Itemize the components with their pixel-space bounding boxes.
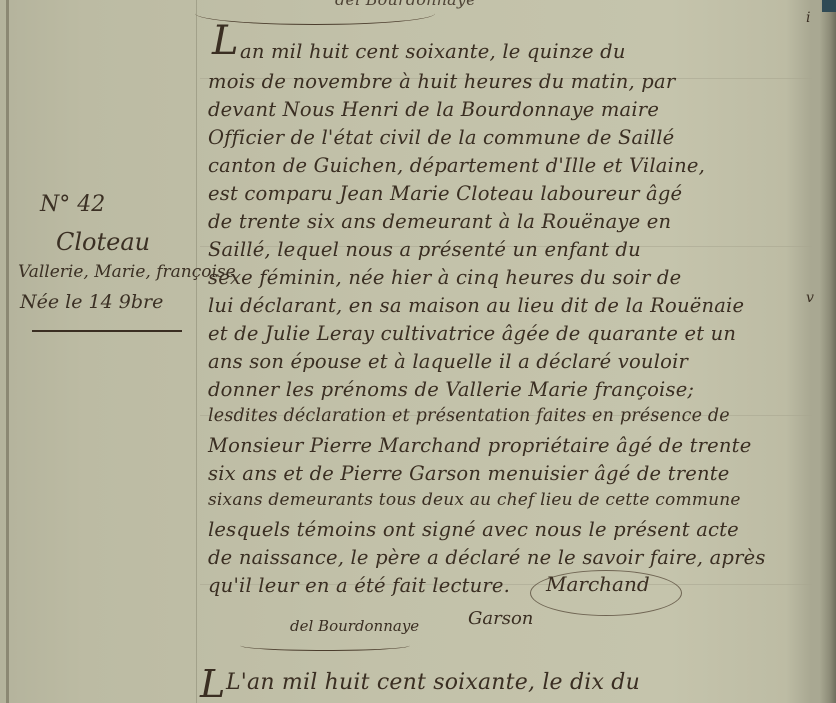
body-line: qu'il leur en a été fait lecture. <box>208 574 510 597</box>
signature-flourish <box>240 640 410 651</box>
body-line: de trente six ans demeurant à la Rouënay… <box>208 210 671 233</box>
body-line: Officier de l'état civil de la commune d… <box>208 126 674 149</box>
margin-birth-note: Née le 14 9bre <box>20 291 163 313</box>
next-entry-initial: L <box>200 662 225 703</box>
margin-underline <box>32 330 182 332</box>
previous-signature-fragment: del Bourdonnaye <box>335 0 476 9</box>
binding-line <box>6 0 9 703</box>
body-line: canton de Guichen, département d'Ille et… <box>208 154 705 177</box>
body-line: et de Julie Leray cultivatrice âgée de q… <box>208 322 736 345</box>
body-line: lesdites déclaration et présentation fai… <box>208 406 730 426</box>
initial-letter: L <box>212 18 239 64</box>
margin-rule <box>196 0 197 703</box>
entry-number: N° 42 <box>40 192 105 217</box>
body-line: de naissance, le père a déclaré ne le sa… <box>208 546 766 569</box>
margin-given-names: Vallerie, Marie, françoise <box>18 262 236 282</box>
signature-mayor: del Bourdonnaye <box>290 617 419 635</box>
margin-surname: Cloteau <box>56 228 150 256</box>
edge-mark: i <box>806 10 811 26</box>
body-line: lui déclarant, en sa maison au lieu dit … <box>208 294 744 317</box>
body-line: an mil huit cent soixante, le quinze du <box>240 40 626 63</box>
body-line: est comparu Jean Marie Cloteau laboureur… <box>208 182 682 205</box>
body-line: Saillé, lequel nous a présenté un enfant… <box>208 238 641 261</box>
signature-marchand: Marchand <box>546 572 650 596</box>
body-line: mois de novembre à huit heures du matin,… <box>208 70 675 93</box>
body-line: lesquels témoins ont signé avec nous le … <box>208 518 739 541</box>
page-edge <box>820 0 836 703</box>
body-line: six ans et de Pierre Garson menuisier âg… <box>208 462 730 485</box>
body-line: sexe féminin, née hier à cinq heures du … <box>208 266 681 289</box>
body-line: ans son épouse et à laquelle il a déclar… <box>208 350 688 373</box>
background-corner <box>822 0 836 12</box>
body-line: donner les prénoms de Vallerie Marie fra… <box>208 378 694 401</box>
body-line: Monsieur Pierre Marchand propriétaire âg… <box>208 434 751 457</box>
edge-mark: v <box>806 290 814 306</box>
signature-garson: Garson <box>468 608 533 629</box>
body-line: devant Nous Henri de la Bourdonnaye mair… <box>208 98 659 121</box>
registry-page: del Bourdonnaye N° 42 Cloteau Vallerie, … <box>0 0 836 703</box>
body-line: sixans demeurants tous deux au chef lieu… <box>208 490 741 510</box>
next-entry-start: L'an mil huit cent soixante, le dix du <box>226 670 640 695</box>
